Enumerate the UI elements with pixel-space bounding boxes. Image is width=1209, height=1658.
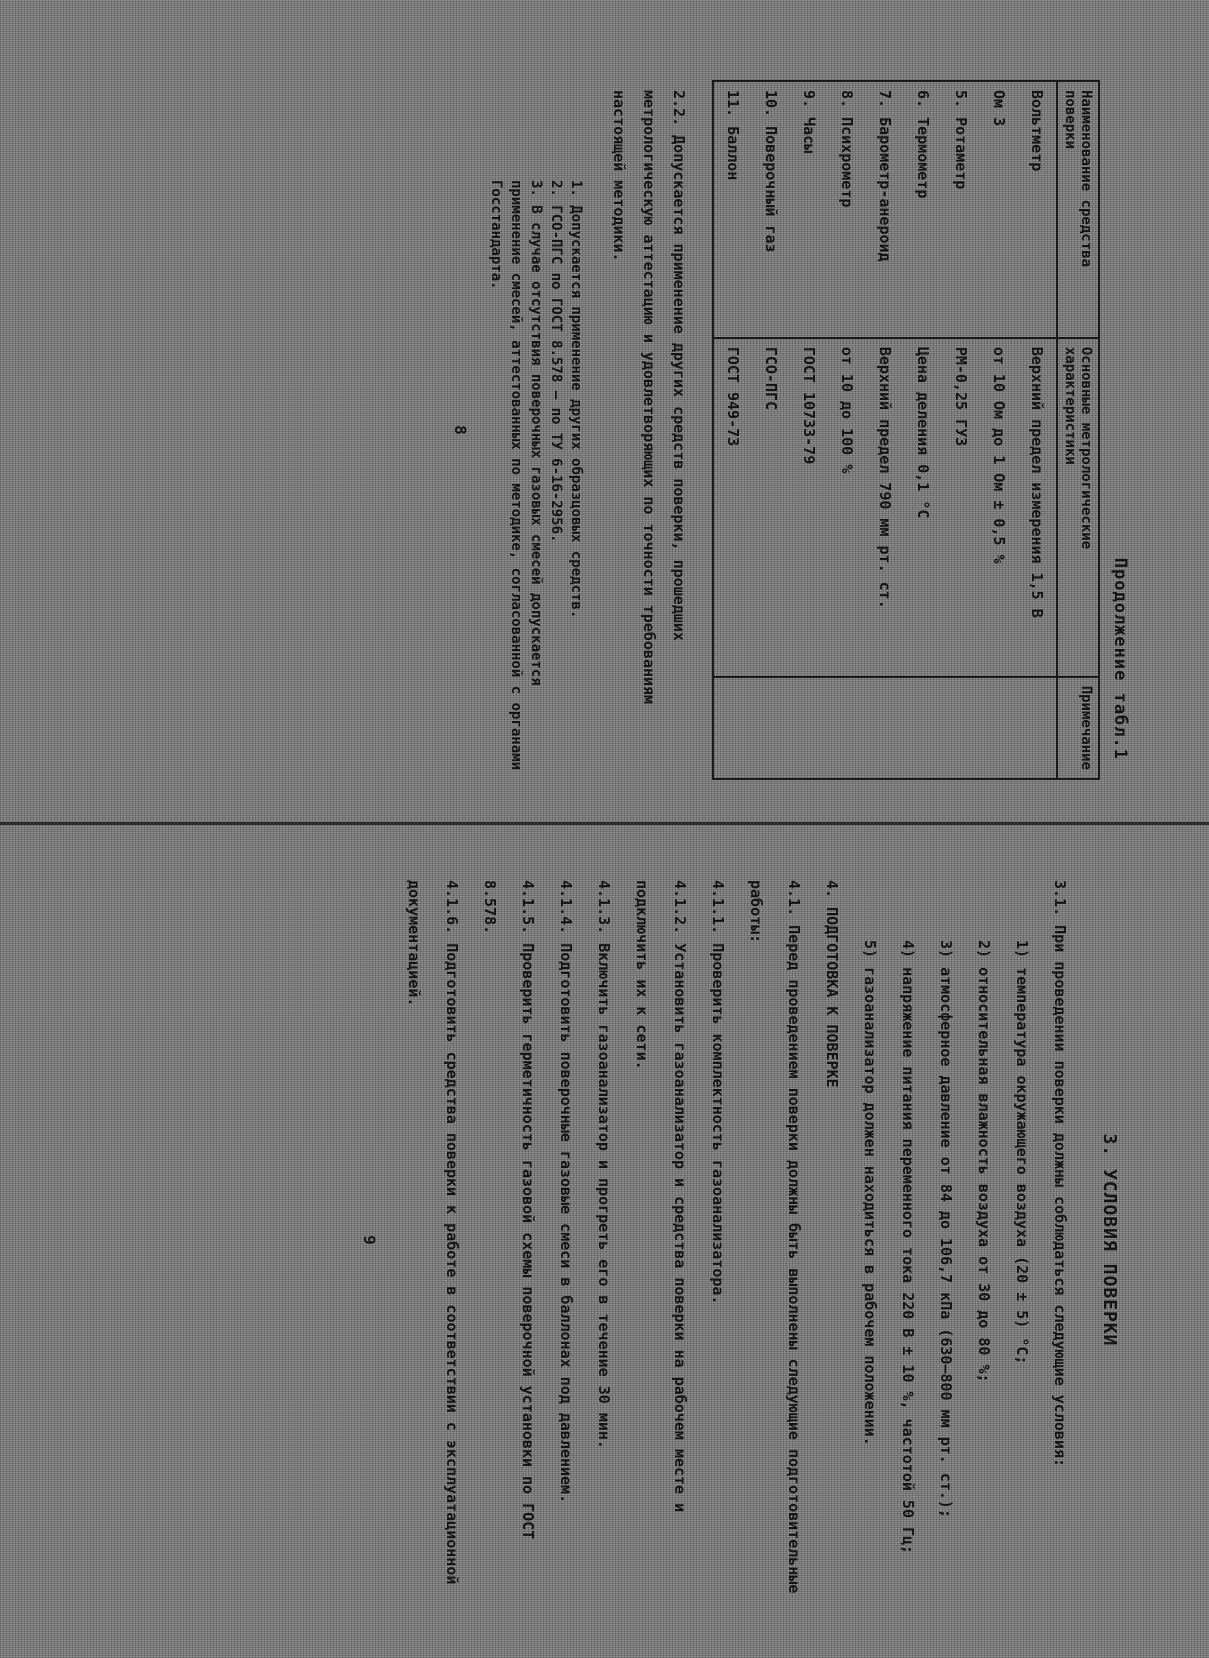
table-row: 10. Поверочный газГСО-ПГС bbox=[752, 81, 790, 779]
cell-name: 5. Ротаметр bbox=[942, 81, 980, 338]
table-row: Ом 3от 10 Ом до 1 Ом ± 0,5 % bbox=[980, 81, 1018, 779]
note-paragraph: 2.2. Допускается применение других средс… bbox=[604, 90, 694, 770]
paragraph: 4) напряжение питания переменного тока 2… bbox=[889, 880, 927, 1600]
section-title: 3. УСЛОВИЯ ПОВЕРКИ bbox=[1099, 860, 1120, 1620]
col-header-name: Наименование средства поверки bbox=[1057, 81, 1099, 338]
cell-name: 11. Баллон bbox=[713, 81, 752, 338]
table-row: 11. БаллонГОСТ 949-73 bbox=[713, 81, 752, 779]
left-page: Продолжение табл.1 Наименование средства… bbox=[140, 60, 1160, 800]
section-body: 3.1. При проведении поверки должны соблю… bbox=[395, 880, 1079, 1600]
cell-characteristics: ГОСТ 949-73 bbox=[713, 338, 752, 677]
cell-characteristics: РМ-0,25 ГУЗ bbox=[942, 338, 980, 677]
cell-name: 6. Термометр bbox=[904, 81, 942, 338]
paragraph: 1) температура окружающего воздуха (20 ±… bbox=[1003, 880, 1041, 1600]
cell-name: 7. Барометр-анероид bbox=[866, 81, 904, 338]
cell-note bbox=[904, 677, 942, 779]
cell-characteristics: Верхний предел измерения 1,5 В bbox=[1018, 338, 1057, 677]
col-header-note: Примечание bbox=[1057, 677, 1099, 779]
table-continuation-label: Продолжение табл.1 bbox=[1110, 60, 1130, 760]
table-row: 7. Барометр-анероидВерхний предел 790 мм… bbox=[866, 81, 904, 779]
cell-name: 8. Психрометр bbox=[828, 81, 866, 338]
paragraph: 4.1.4. Подготовить поверочные газовые см… bbox=[547, 880, 585, 1600]
cell-note bbox=[828, 677, 866, 779]
cell-note bbox=[752, 677, 790, 779]
cell-name: 10. Поверочный газ bbox=[752, 81, 790, 338]
paragraph: 4.1.5. Проверить герметичность газовой с… bbox=[471, 880, 547, 1600]
cell-characteristics: от 10 Ом до 1 Ом ± 0,5 % bbox=[980, 338, 1018, 677]
table-row: 9. ЧасыГОСТ 10733-79 bbox=[790, 81, 828, 779]
table-row: 5. РотаметрРМ-0,25 ГУЗ bbox=[942, 81, 980, 779]
paragraph: 2) относительная влажность воздуха от 30… bbox=[965, 880, 1003, 1600]
right-page: 3. УСЛОВИЯ ПОВЕРКИ 3.1. При проведении п… bbox=[140, 860, 1160, 1620]
cell-note bbox=[713, 677, 752, 779]
equipment-table: Наименование средства поверки Основные м… bbox=[712, 80, 1100, 780]
cell-note bbox=[1018, 677, 1057, 779]
footnotes: 1. Допускается применение других образцо… bbox=[486, 180, 586, 770]
footnote: 2. ГСО-ПГС по ГОСТ 8.578 — по ТУ 6-16-29… bbox=[546, 180, 566, 770]
cell-note bbox=[980, 677, 1018, 779]
cell-note bbox=[942, 677, 980, 779]
paragraph: 3) атмосферное давление от 84 до 106,7 к… bbox=[927, 880, 965, 1600]
paragraph: 4. ПОДГОТОВКА К ПОВЕРКЕ bbox=[813, 880, 851, 1600]
cell-characteristics: ГОСТ 10733-79 bbox=[790, 338, 828, 677]
paragraph: 4.1.2. Установить газоанализатор и средс… bbox=[623, 880, 699, 1600]
cell-characteristics: Цена деления 0,1 °С bbox=[904, 338, 942, 677]
cell-characteristics: Верхний предел 790 мм рт. ст. bbox=[866, 338, 904, 677]
col-header-characteristics: Основные метрологические характеристики bbox=[1057, 338, 1099, 677]
table-row: ВольтметрВерхний предел измерения 1,5 В bbox=[1018, 81, 1057, 779]
footnote: 3. В случае отсутствия поверочных газовы… bbox=[486, 180, 546, 770]
table-row: 6. ТермометрЦена деления 0,1 °С bbox=[904, 81, 942, 779]
paragraph: 4.1. Перед проведением поверки должны бы… bbox=[737, 880, 813, 1600]
paragraph: 4.1.6. Подготовить средства поверки к ра… bbox=[395, 880, 471, 1600]
table-row: 8. Психрометрот 10 до 100 % bbox=[828, 81, 866, 779]
paragraph: 4.1.1. Проверить комплектность газоанали… bbox=[699, 880, 737, 1600]
footnote: 1. Допускается применение других образцо… bbox=[566, 180, 586, 770]
page-fold-line bbox=[0, 822, 1209, 825]
cell-characteristics: от 10 до 100 % bbox=[828, 338, 866, 677]
cell-name: Ом 3 bbox=[980, 81, 1018, 338]
note-block: 2.2. Допускается применение других средс… bbox=[604, 90, 694, 770]
equipment-table-body: ВольтметрВерхний предел измерения 1,5 ВО… bbox=[713, 81, 1057, 779]
cell-characteristics: ГСО-ПГС bbox=[752, 338, 790, 677]
paragraph: 4.1.3. Включить газоанализатор и прогрет… bbox=[585, 880, 623, 1600]
cell-note bbox=[790, 677, 828, 779]
page-number: 8 bbox=[451, 60, 470, 800]
cell-name: 9. Часы bbox=[790, 81, 828, 338]
cell-note bbox=[866, 677, 904, 779]
paragraph: 5) газоанализатор должен находиться в ра… bbox=[851, 880, 889, 1600]
paragraph: 3.1. При проведении поверки должны соблю… bbox=[1041, 880, 1079, 1600]
cell-name: Вольтметр bbox=[1018, 81, 1057, 338]
page-number: 9 bbox=[360, 860, 379, 1620]
